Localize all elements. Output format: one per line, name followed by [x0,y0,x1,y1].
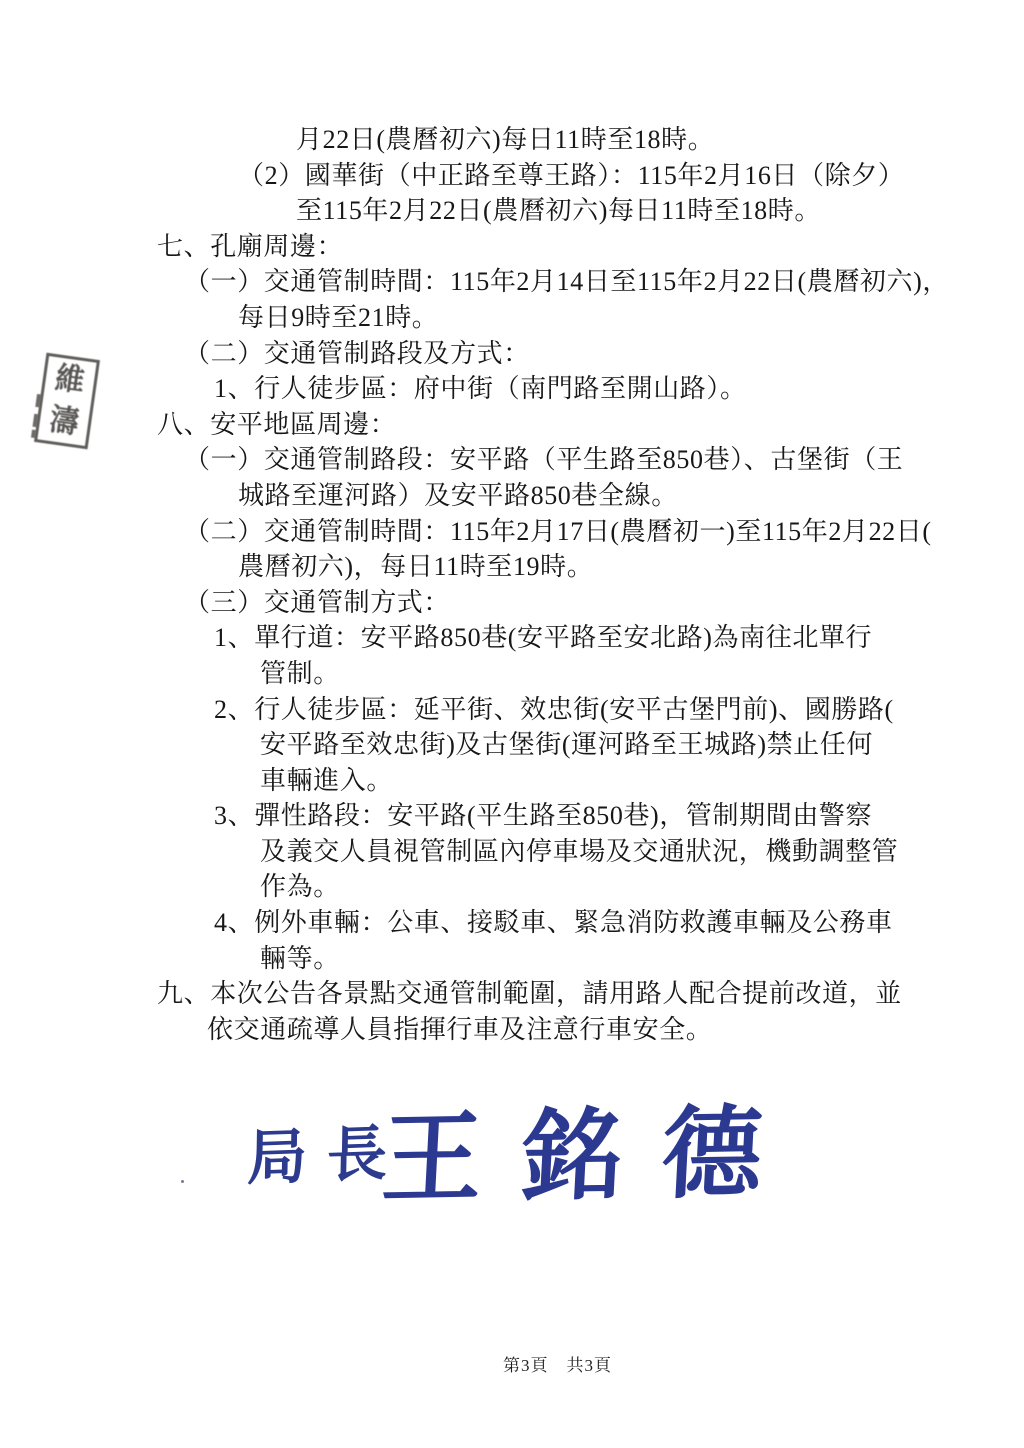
text-line: （一）交通管制時間：115年2月14日至115年2月22日(農曆初六)， [184,264,1024,300]
signature-name: 王銘德 [379,1098,805,1215]
text-line: 依交通疏導人員指揮行車及注意行車安全。 [207,1012,1024,1048]
text-line: 及義交人員視管制區內停車場及交通狀況，機動調整管 [260,834,1024,870]
text-line: 農曆初六)，每日11時至19時。 [238,549,1024,585]
text-line: （二）交通管制時間：115年2月17日(農曆初一)至115年2月22日( [184,514,1024,550]
text-line: 1、單行道：安平路850巷(安平路至安北路)為南往北單行 [214,620,1024,656]
document-page: 維 濤 月22日(農曆初六)每日11時至18時。 （2）國華街（中正路至尊王路）… [0,0,1024,1448]
section-heading-8: 八、安平地區周邊： [157,407,1024,443]
text-line: 至115年2月22日(農曆初六)每日11時至18時。 [296,193,1024,229]
text-line: 管制。 [260,656,1024,692]
page-number-footer: 第3頁 共3頁 [503,1351,612,1376]
text-line: （一）交通管制路段：安平路（平生路至850巷）、古堡街（王 [184,442,1024,478]
text-line: 作為。 [260,869,1024,905]
text-line: 車輛進入。 [260,763,1024,799]
section-heading-9: 九、本次公告各景點交通管制範圍，請用路人配合提前改道，並 [157,976,1024,1012]
text-line: 1、行人徒步區：府中街（南門路至開山路）。 [214,371,1024,407]
text-line: 安平路至效忠街)及古堡街(運河路至王城路)禁止任何 [260,727,1024,763]
text-line: 城路至運河路）及安平路850巷全線。 [238,478,1024,514]
text-line: 4、例外車輛：公車、接駁車、緊急消防救護車輛及公務車 [214,905,1024,941]
text-line: 輛等。 [260,941,1024,977]
text-line: 月22日(農曆初六)每日11時至18時。 [296,122,1024,158]
text-line: 2、行人徒步區：延平街、效忠街(安平古堡門前)、國勝路( [214,692,1024,728]
section-heading-7: 七、孔廟周邊： [157,229,1024,265]
text-line: （2）國華街（中正路至尊王路）：115年2月16日（除夕） [238,158,1024,194]
text-line: （二）交通管制路段及方式： [184,336,1024,372]
text-line: 每日9時至21時。 [238,300,1024,336]
text-line: 3、彈性路段：安平路(平生路至850巷)，管制期間由警察 [214,798,1024,834]
announcement-body: 月22日(農曆初六)每日11時至18時。 （2）國華街（中正路至尊王路）：115… [0,122,1024,1047]
ink-speck [181,1180,184,1183]
text-line: （三）交通管制方式： [184,585,1024,621]
